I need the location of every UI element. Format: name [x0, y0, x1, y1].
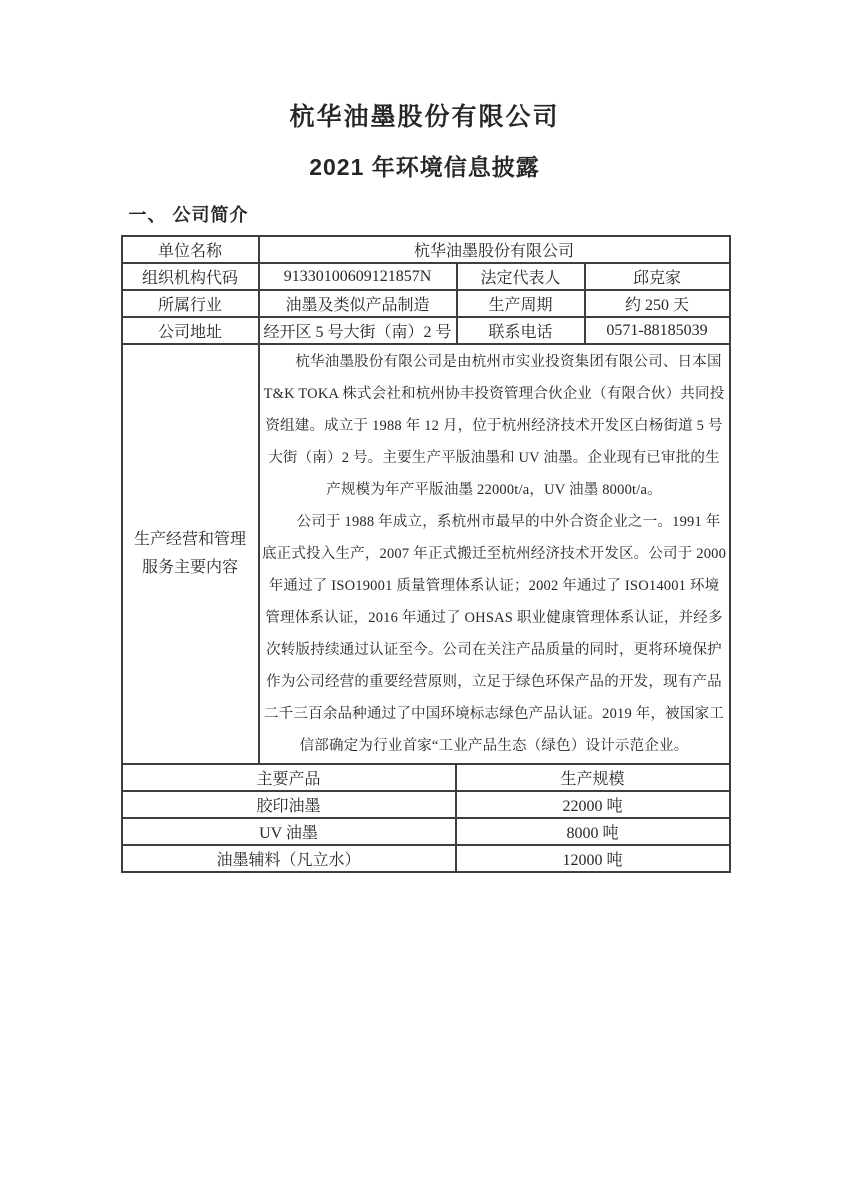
business-scope-label: 生产经营和管理 服务主要内容 [122, 344, 259, 764]
address-value: 经开区 5 号大街（南）2 号 [259, 317, 457, 344]
product-name-cell: 胶印油墨 [122, 791, 456, 818]
products-header-product: 主要产品 [122, 764, 456, 791]
table-row: 油墨辅料（凡立水） 12000 吨 [122, 845, 730, 872]
section-heading: 一、 公司简介 [129, 203, 729, 227]
page-subtitle: 2021 年环境信息披露 [121, 152, 729, 183]
table-row: 所属行业 油墨及类似产品制造 生产周期 约 250 天 [122, 290, 730, 317]
phone-value: 0571-88185039 [585, 317, 730, 344]
company-info-table: 单位名称 杭华油墨股份有限公司 组织机构代码 91330100609121857… [121, 235, 731, 765]
unit-name-value: 杭华油墨股份有限公司 [259, 236, 730, 263]
legal-rep-value: 邱克家 [585, 263, 730, 290]
table-row: 组织机构代码 91330100609121857N 法定代表人 邱克家 [122, 263, 730, 290]
table-row: 公司地址 经开区 5 号大街（南）2 号 联系电话 0571-88185039 [122, 317, 730, 344]
industry-value: 油墨及类似产品制造 [259, 290, 457, 317]
business-scope-content: 杭华油墨股份有限公司是由杭州市实业投资集团有限公司、日本国 T&K TOKA 株… [259, 344, 730, 764]
production-cycle-value: 约 250 天 [585, 290, 730, 317]
industry-label: 所属行业 [122, 290, 259, 317]
legal-rep-label: 法定代表人 [457, 263, 585, 290]
page-title: 杭华油墨股份有限公司 [121, 100, 729, 134]
unit-name-label: 单位名称 [122, 236, 259, 263]
product-name-cell: 油墨辅料（凡立水） [122, 845, 456, 872]
production-cycle-label: 生产周期 [457, 290, 585, 317]
production-scale-cell: 8000 吨 [456, 818, 730, 845]
business-paragraph-2: 公司于 1988 年成立，系杭州市最早的中外合资企业之一。1991 年底正式投入… [262, 506, 727, 762]
business-paragraph-1: 杭华油墨股份有限公司是由杭州市实业投资集团有限公司、日本国 T&K TOKA 株… [262, 346, 727, 506]
production-scale-cell: 12000 吨 [456, 845, 730, 872]
org-code-label: 组织机构代码 [122, 263, 259, 290]
production-scale-cell: 22000 吨 [456, 791, 730, 818]
table-row: 单位名称 杭华油墨股份有限公司 [122, 236, 730, 263]
products-header-scale: 生产规模 [456, 764, 730, 791]
table-row: UV 油墨 8000 吨 [122, 818, 730, 845]
phone-label: 联系电话 [457, 317, 585, 344]
org-code-value: 91330100609121857N [259, 263, 457, 290]
table-row: 胶印油墨 22000 吨 [122, 791, 730, 818]
address-label: 公司地址 [122, 317, 259, 344]
document-page: 杭华油墨股份有限公司 2021 年环境信息披露 一、 公司简介 单位名称 杭华油… [121, 0, 729, 873]
table-row: 生产经营和管理 服务主要内容 杭华油墨股份有限公司是由杭州市实业投资集团有限公司… [122, 344, 730, 764]
products-header-row: 主要产品 生产规模 [122, 764, 730, 791]
products-table: 主要产品 生产规模 胶印油墨 22000 吨 UV 油墨 8000 吨 油墨辅料… [121, 763, 731, 873]
product-name-cell: UV 油墨 [122, 818, 456, 845]
